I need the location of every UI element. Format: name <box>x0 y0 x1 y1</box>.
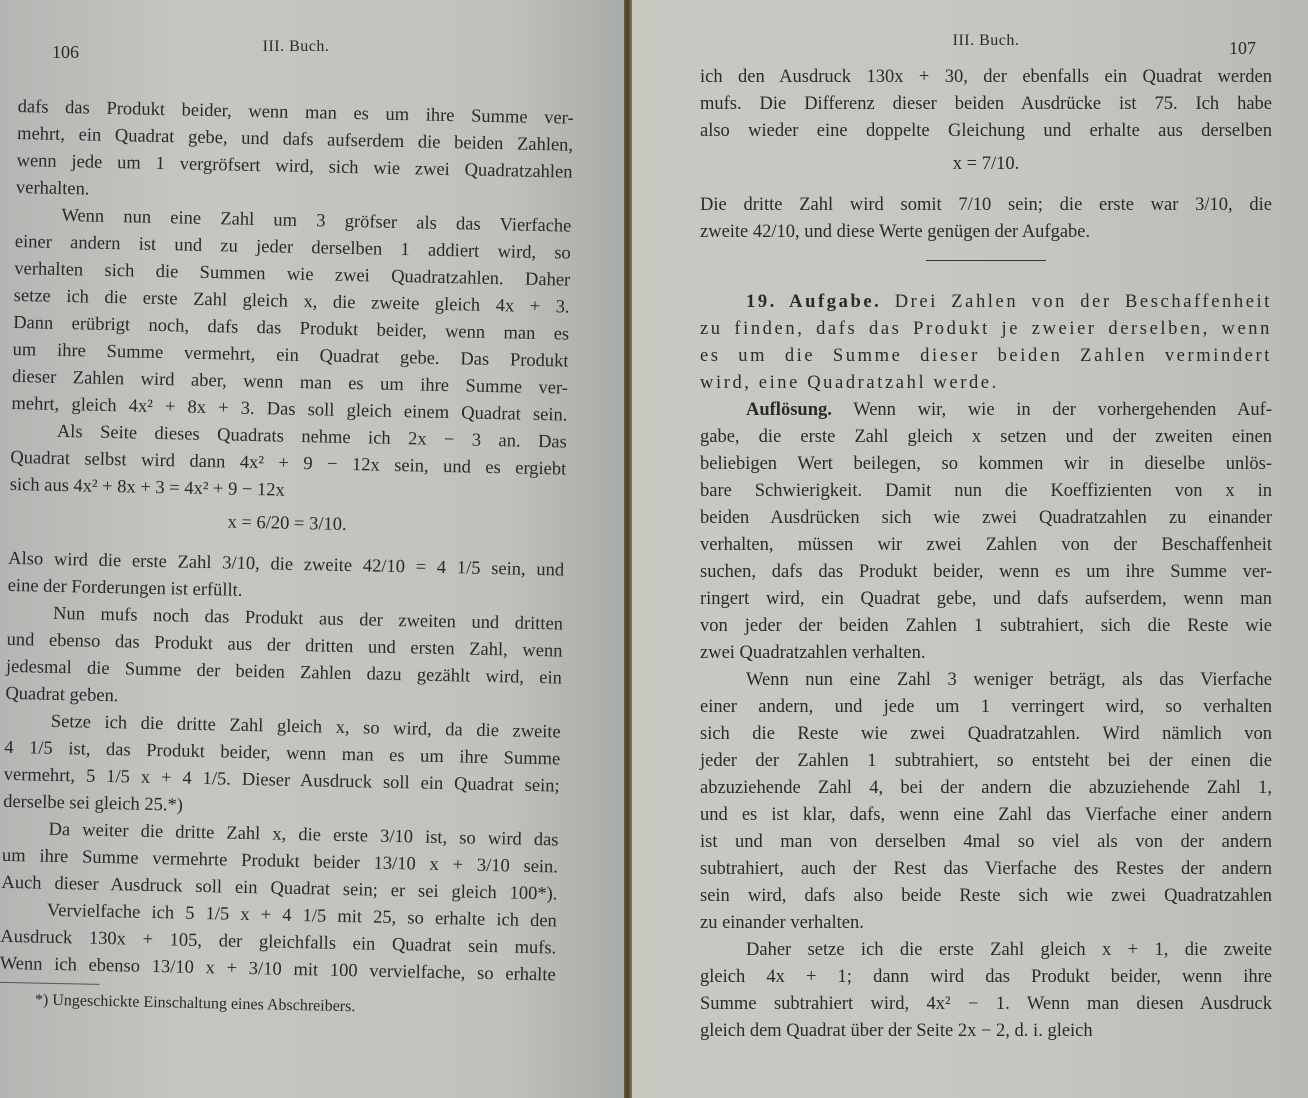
book-spread: III. Buch. 106 dafs das Produkt beider, … <box>0 0 1308 1098</box>
text-line: jeder der Zahlen 1 subtrahiert, so entst… <box>700 748 1272 775</box>
text-line: Summe subtrahiert wird, 4x² − 1. Wenn ma… <box>700 991 1272 1018</box>
text-line: beiden Ausdrücken sich wie zwei Quadratz… <box>700 505 1272 532</box>
text-line: suchen, dafs das Produkt beider, wenn es… <box>700 559 1272 586</box>
solution-heading: Auflösung. <box>746 400 832 420</box>
text-line: Wenn nun eine Zahl 3 weniger beträgt, al… <box>700 667 1272 694</box>
text-line: zwei Quadratzahlen verhalten. <box>700 640 1272 667</box>
problem-statement-line: wird, eine Quadratzahl werde. <box>700 370 1272 397</box>
text-line: ringert wird, ein Quadrat gebe, und dafs… <box>700 586 1272 613</box>
equation: x = 7/10. <box>700 151 1272 178</box>
footnote: *) Ungeschickte Einschaltung eines Absch… <box>0 991 555 1021</box>
text-line: ich den Ausdruck 130x + 30, der ebenfall… <box>700 64 1272 91</box>
text-line: verhalten, müssen wir zwei Zahlen von de… <box>700 532 1272 559</box>
left-page: III. Buch. 106 dafs das Produkt beider, … <box>0 0 624 1098</box>
text-line: mufs. Die Differenz dieser beiden Ausdrü… <box>700 91 1272 118</box>
text-line: Daher setze ich die erste Zahl gleich x … <box>700 937 1272 964</box>
problem-text: Drei Zahlen von der Beschaffenheit <box>895 292 1272 312</box>
running-head-left: III. Buch. <box>18 38 574 56</box>
text-line: gabe, die erste Zahl gleich x setzen und… <box>700 424 1272 451</box>
text-line: Die dritte Zahl wird somit 7/10 sein; di… <box>700 192 1272 219</box>
footnote-rule <box>0 982 99 985</box>
solution-line: Auflösung. Wenn wir, wie in der vorherge… <box>700 397 1272 424</box>
book-gutter <box>624 0 632 1098</box>
text-line: und es ist klar, dafs, wenn eine Zahl da… <box>700 802 1272 829</box>
text-line: bare Schwierigkeit. Damit nun die Koeffi… <box>700 478 1272 505</box>
solution-text: Wenn wir, wie in der vorhergehenden Auf- <box>853 400 1272 420</box>
page-number-right: 107 <box>1229 38 1256 59</box>
text-line: sich die Reste wie zwei Quadratzahlen. W… <box>700 721 1272 748</box>
text-line: sein wird, dafs also beide Reste sich wi… <box>700 883 1272 910</box>
text-line: abzuziehende Zahl 4, bei der andern die … <box>700 775 1272 802</box>
running-head-right: III. Buch. <box>700 32 1272 50</box>
text-line: zweite 42/10, und diese Werte genügen de… <box>700 219 1272 246</box>
text-line: gleich 4x + 1; dann wird das Produkt bei… <box>700 964 1272 991</box>
right-page-body: ich den Ausdruck 130x + 30, der ebenfall… <box>700 64 1272 1045</box>
left-page-body: dafs das Produkt beider, wenn man es um … <box>0 94 574 1020</box>
page-number-left: 106 <box>52 42 79 63</box>
text-line: subtrahiert, auch der Rest das Vierfache… <box>700 856 1272 883</box>
right-page: III. Buch. 107 ich den Ausdruck 130x + 3… <box>632 0 1308 1098</box>
text-line: ist und man von derselben 4mal so viel a… <box>700 829 1272 856</box>
text-line: einer andern, und jede um 1 verringert w… <box>700 694 1272 721</box>
problem-statement-line: 19. Aufgabe. Drei Zahlen von der Beschaf… <box>700 289 1272 316</box>
text-line: also wieder eine doppelte Gleichung und … <box>700 118 1272 145</box>
problem-heading: 19. Aufgabe. <box>746 292 881 312</box>
problem-statement-line: es um die Summe dieser beiden Zahlen ver… <box>700 343 1272 370</box>
text-line: von jeder der beiden Zahlen 1 subtrahier… <box>700 613 1272 640</box>
section-separator <box>926 260 1046 261</box>
equation: x = 6/20 = 3/10. <box>9 505 565 544</box>
text-line: zu einander verhalten. <box>700 910 1272 937</box>
text-line: beliebigen Wert beilegen, so kommen wir … <box>700 451 1272 478</box>
text-line: gleich dem Quadrat über der Seite 2x − 2… <box>700 1018 1272 1045</box>
problem-statement-line: zu finden, dafs das Produkt je zweier de… <box>700 316 1272 343</box>
